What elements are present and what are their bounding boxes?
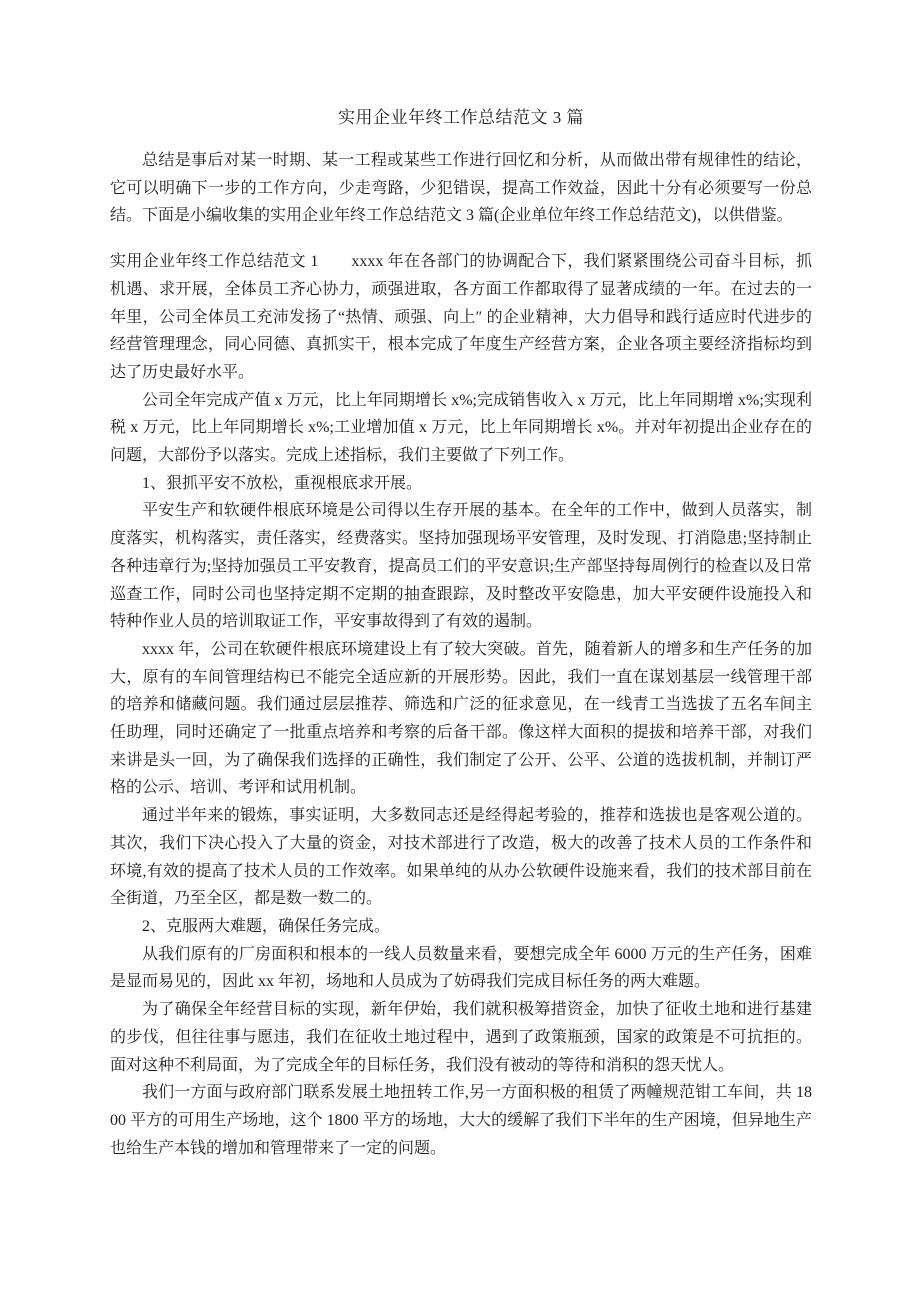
paragraph-point-2-title: 2、克服两大难题，确保任务完成。	[110, 913, 812, 941]
document-page: 实用企业年终工作总结范文 3 篇 总结是事后对某一时期、某一工程或某些工作进行回…	[0, 0, 920, 1302]
paragraph-environment-breakthrough: xxxx 年，公司在软硬件根底环境建设上有了较大突破。首先，随着新人的增多和生产…	[110, 636, 812, 802]
paragraph-two-difficulties: 从我们原有的厂房面积和根本的一线人员数量来看，要想完成全年 6000 万元的生产…	[110, 941, 812, 996]
paragraph-point-1-title: 1、狠抓平安不放松，重视根底求开展。	[110, 470, 812, 498]
document-body: 总结是事后对某一时期、某一工程或某些工作进行回忆和分析，从而做出带有规律性的结论…	[110, 147, 812, 1162]
paragraph-land-policy: 为了确保全年经营目标的实现，新年伊始，我们就积极筹措资金，加快了征收土地和进行基…	[110, 996, 812, 1079]
document-title: 实用企业年终工作总结范文 3 篇	[110, 104, 812, 132]
paragraph-section-1-heading: 实用企业年终工作总结范文 1 xxxx 年在各部门的协调配合下，我们紧紧围绕公司…	[110, 248, 812, 387]
paragraph-safety-production: 平安生产和软硬件根底环境是公司得以生存开展的基本。在全年的工作中，做到人员落实，…	[110, 497, 812, 636]
paragraph-rented-workshops: 我们一方面与政府部门联系发展土地扭转工作,另一方面积极的租赁了两幢规范钳工车间，…	[110, 1079, 812, 1162]
paragraph-intro: 总结是事后对某一时期、某一工程或某些工作进行回忆和分析，从而做出带有规律性的结论…	[110, 147, 812, 230]
paragraph-half-year-training: 通过半年来的锻炼，事实证明，大多数同志还是经得起考验的，推荐和选拔也是客观公道的…	[110, 802, 812, 913]
paragraph-annual-output: 公司全年完成产值 x 万元，比上年同期增长 x%;完成销售收入 x 万元，比上年…	[110, 387, 812, 470]
